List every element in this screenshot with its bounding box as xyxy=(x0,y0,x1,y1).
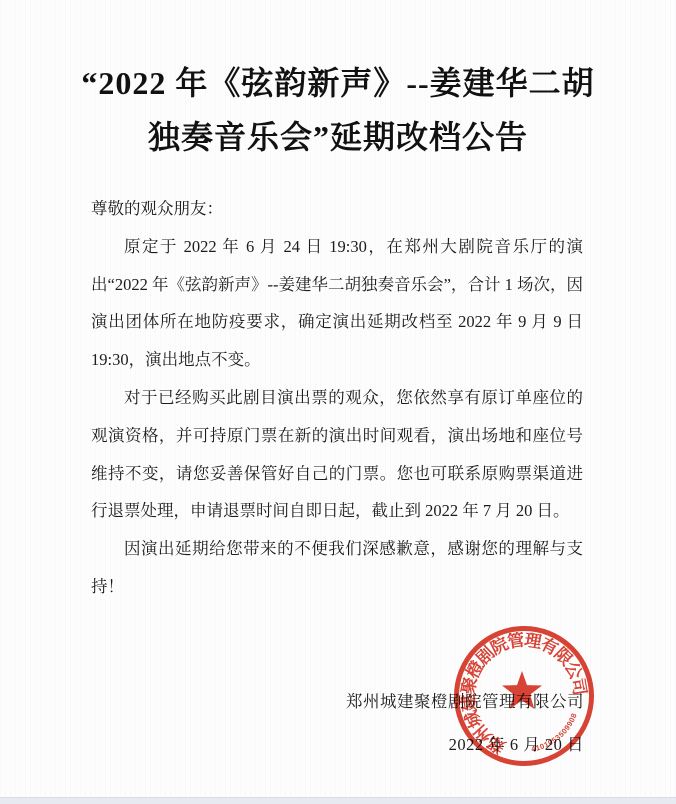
page-title: “2022 年《弦韵新声》--姜建华二胡 独奏音乐会”延期改档公告 xyxy=(0,0,676,164)
announcement-body: 尊敬的观众朋友： 原定于 2022 年 6 月 24 日 19:30，在郑州大剧… xyxy=(91,190,583,606)
paragraph-3: 因演出延期给您带来的不便我们深感歉意，感谢您的理解与支持！ xyxy=(91,530,583,606)
page-title-line1: “2022 年《弦韵新声》--姜建华二胡 xyxy=(81,65,594,101)
paragraph-1: 原定于 2022 年 6 月 24 日 19:30，在郑州大剧院音乐厅的演出“2… xyxy=(91,228,583,379)
page-title-line2: 独奏音乐会”延期改档公告 xyxy=(148,119,528,155)
signature-company: 郑州城建聚橙剧院管理有限公司 xyxy=(346,688,584,712)
announcement-page: “2022 年《弦韵新声》--姜建华二胡 独奏音乐会”延期改档公告 尊敬的观众朋… xyxy=(0,0,676,804)
salutation: 尊敬的观众朋友： xyxy=(91,190,583,228)
signature-date: 2022 年 6 月 20 日 xyxy=(449,731,584,755)
page-bottom-bar xyxy=(0,797,676,804)
paragraph-2: 对于已经购买此剧目演出票的观众，您依然享有原订单座位的观演资格，并可持原门票在新… xyxy=(91,379,583,530)
